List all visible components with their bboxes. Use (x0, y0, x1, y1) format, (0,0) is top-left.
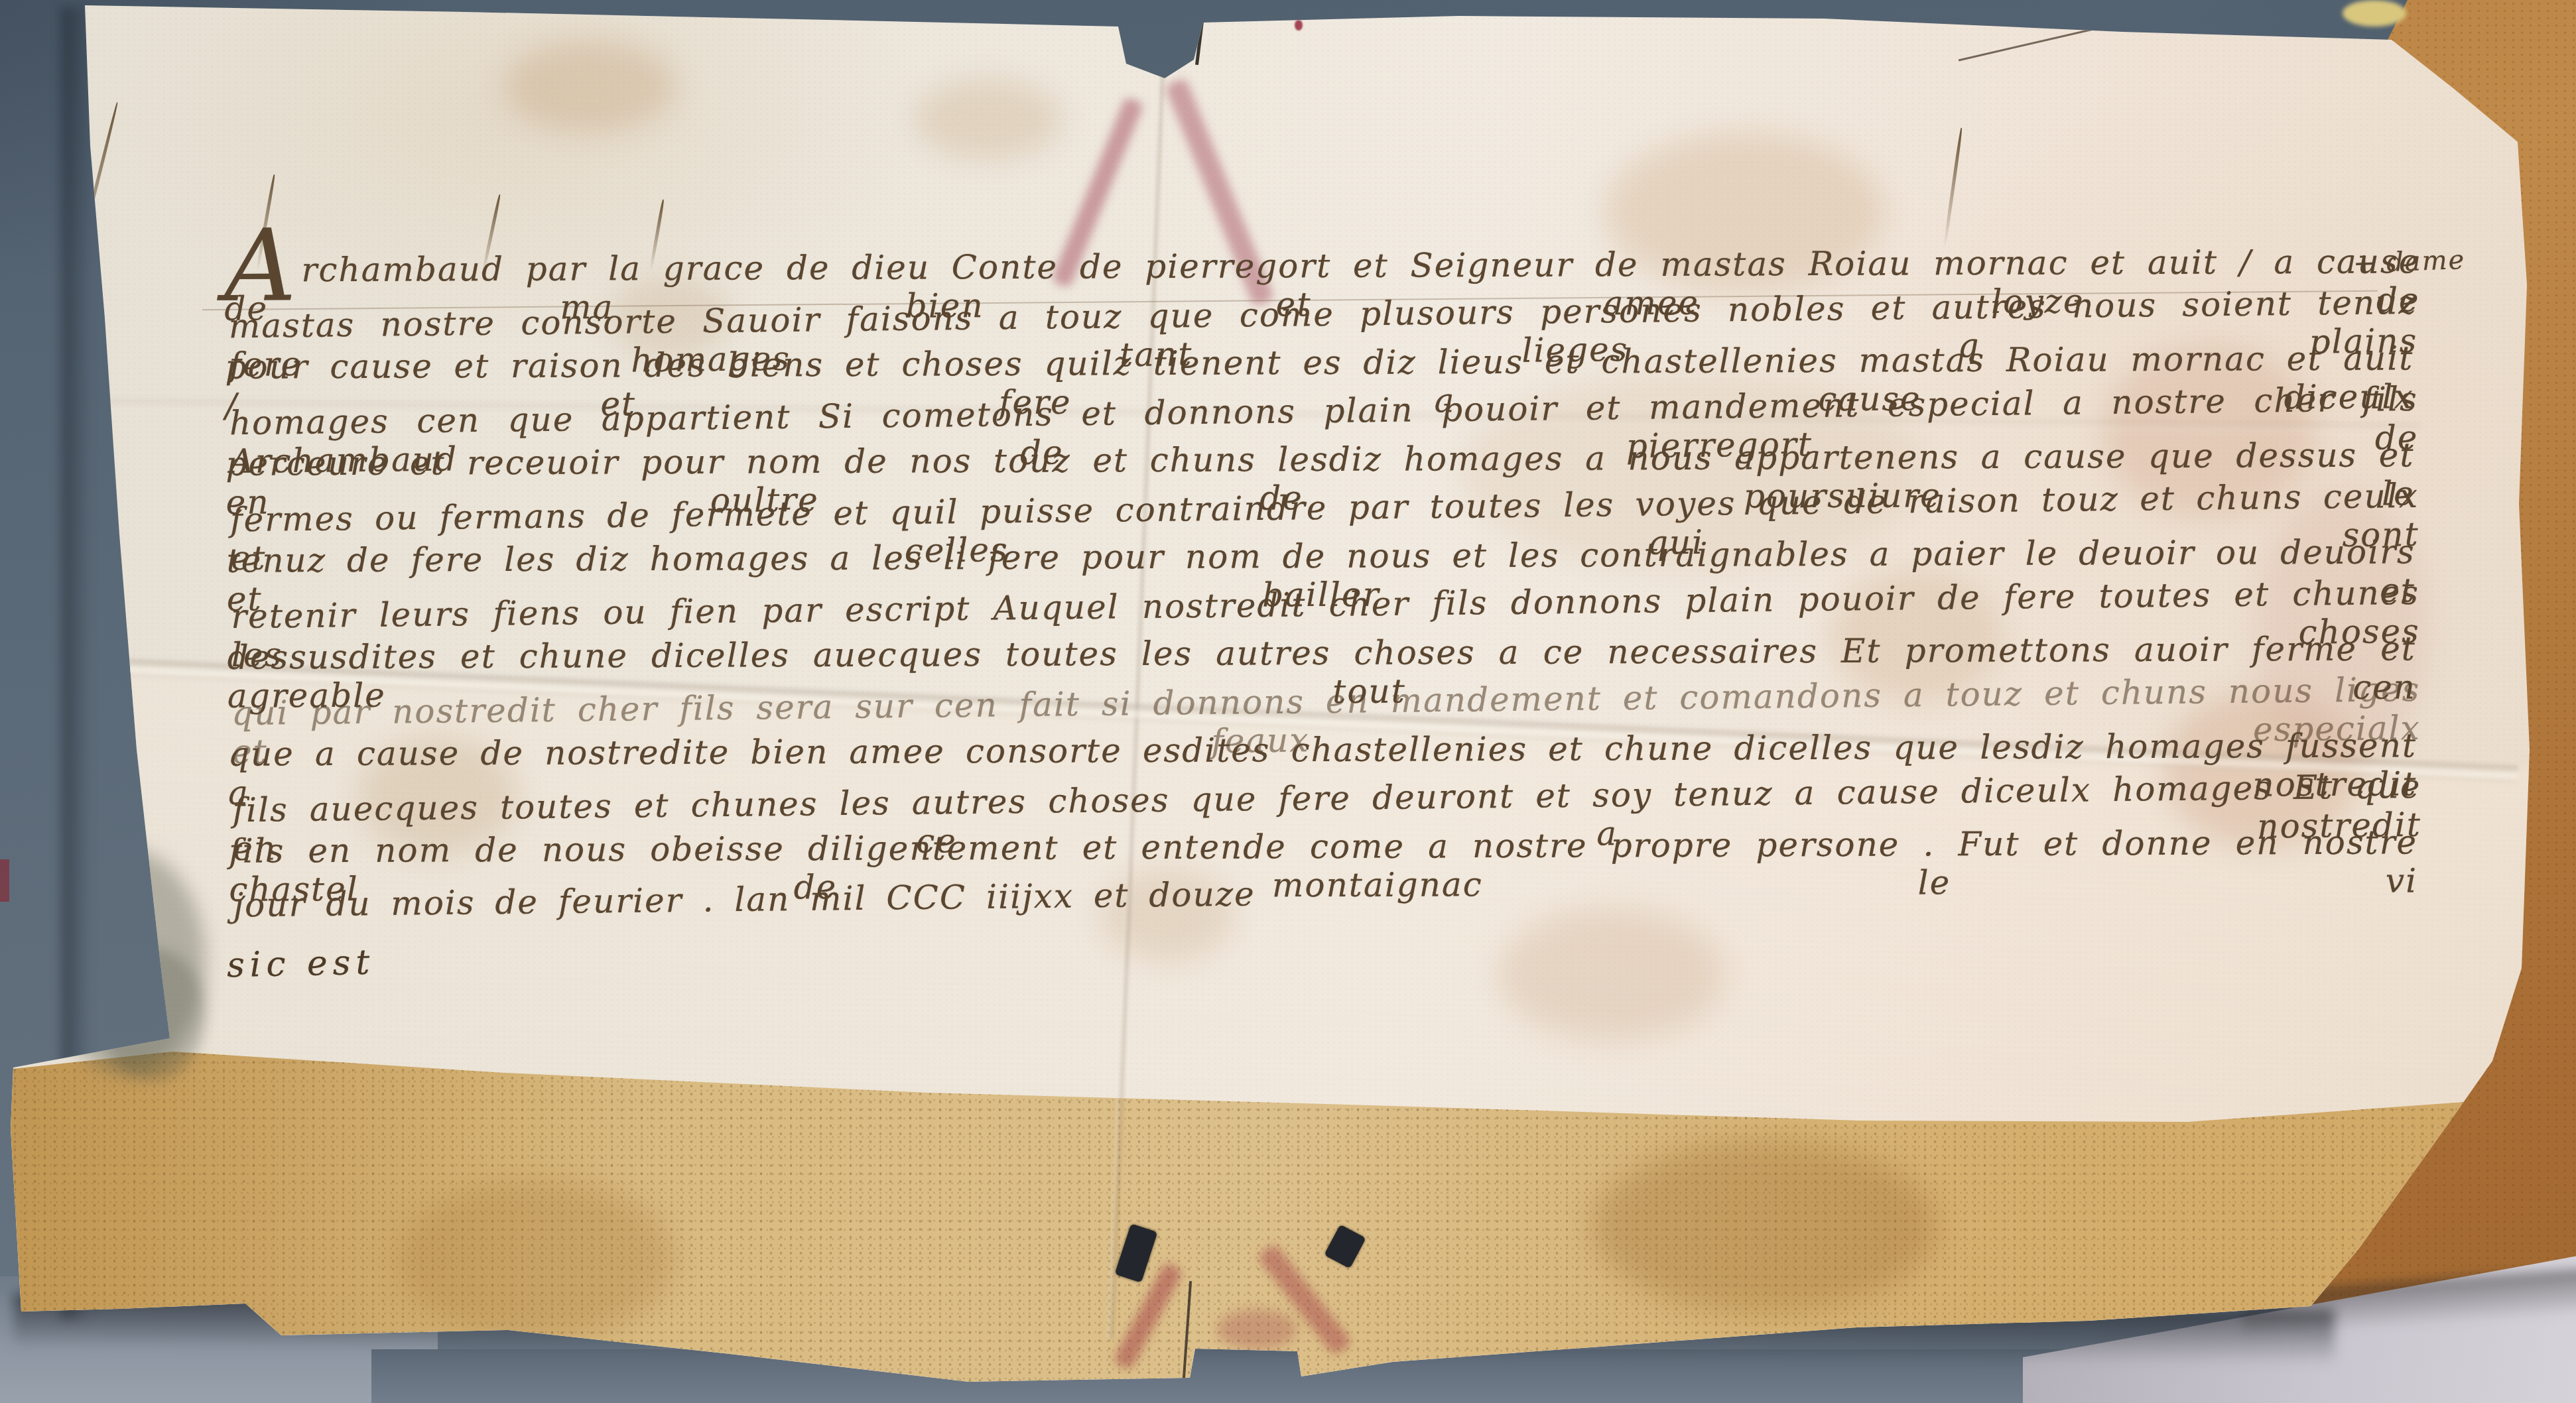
stain (915, 80, 1061, 159)
manuscript-text-block: Archambaud par la grace de dieu Conte de… (224, 238, 2439, 985)
yellow-fragment-top-right (2343, 0, 2406, 27)
stain (504, 40, 676, 133)
manuscript-line-13: fils en nom de nous obeisse diligentemen… (229, 823, 2417, 879)
red-smudge-bottom-notch (1217, 1310, 1297, 1349)
photo-of-parchment-charter: Archambaud par la grace de dieu Conte de… (0, 0, 2576, 1403)
ink-flourish (1943, 128, 1963, 250)
red-object-left-edge (0, 859, 9, 902)
red-dot-top-edge (1295, 20, 1303, 30)
parchment-sheet: Archambaud par la grace de dieu Conte de… (0, 0, 2576, 1403)
interlinear-insertion: + dame (2352, 245, 2466, 279)
sic-est-note: sic est (226, 943, 375, 986)
stain-on-fold (1592, 1140, 1937, 1313)
stain-on-fold (398, 1180, 676, 1339)
